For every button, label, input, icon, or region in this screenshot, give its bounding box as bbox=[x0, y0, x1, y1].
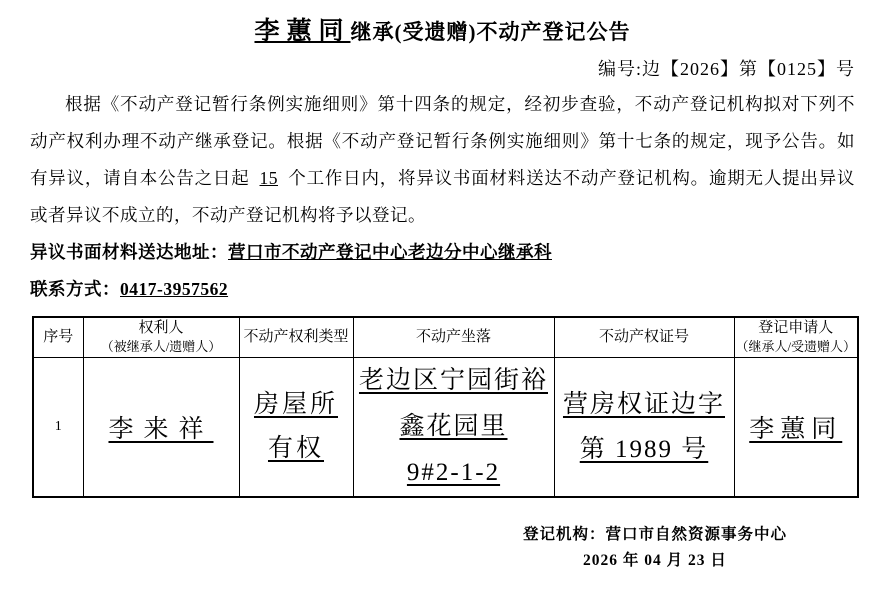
notice-paragraph: 根据《不动产登记暂行条例实施细则》第十四条的规定，经初步查验，不动产登记机构拟对… bbox=[30, 86, 855, 234]
row-owner: 李来祥 bbox=[83, 357, 239, 497]
row-location-line-2: 鑫花园里 bbox=[354, 404, 554, 450]
table-row: 1 李来祥 房屋所 有权 老边区宁园街裕 鑫花园里 9#2-1-2 营房权证边字… bbox=[33, 357, 858, 497]
header-right-type-label: 不动产权利类型 bbox=[240, 328, 353, 347]
row-cert-no: 营房权证边字 第 1989 号 bbox=[554, 357, 734, 497]
header-location: 不动产坐落 bbox=[353, 317, 554, 357]
row-location-line-3: 9#2-1-2 bbox=[354, 450, 554, 496]
header-applicant: 登记申请人 （继承人/受遗赠人） bbox=[734, 317, 858, 357]
address-line: 异议书面材料送达地址：营口市不动产登记中心老边分中心继承科 bbox=[30, 234, 855, 271]
footer-date: 2026 年 04 月 23 日 bbox=[445, 548, 865, 574]
row-seq: 1 bbox=[33, 357, 83, 497]
header-cert-no: 不动产权证号 bbox=[554, 317, 734, 357]
contact-label: 联系方式： bbox=[30, 279, 120, 299]
page-title: 李蕙同继承(受遗赠)不动产登记公告 bbox=[30, 14, 855, 50]
row-cert-no-line-2: 第 1989 号 bbox=[555, 427, 734, 472]
header-owner-label: 权利人 bbox=[84, 319, 239, 338]
header-seq-label: 序号 bbox=[34, 328, 83, 347]
registration-table: 序号 权利人 （被继承人/遗赠人） 不动产权利类型 不动产坐落 不动产权证号 登… bbox=[32, 316, 859, 498]
footer: 登记机构：营口市自然资源事务中心 2026 年 04 月 23 日 bbox=[445, 522, 865, 574]
address-label: 异议书面材料送达地址： bbox=[30, 242, 228, 262]
doc-number: 编号:边【2026】第【0125】号 bbox=[30, 56, 855, 82]
header-location-label: 不动产坐落 bbox=[354, 328, 554, 347]
header-seq: 序号 bbox=[33, 317, 83, 357]
row-location-line-1: 老边区宁园街裕 bbox=[354, 358, 554, 404]
notice-document: 李蕙同继承(受遗赠)不动产登记公告 编号:边【2026】第【0125】号 根据《… bbox=[0, 0, 876, 596]
row-cert-no-line-1: 营房权证边字 bbox=[555, 382, 734, 427]
row-right-type-line-1: 房屋所 bbox=[240, 383, 353, 427]
contact-line: 联系方式：0417-3957562 bbox=[30, 271, 855, 308]
contact-value: 0417-3957562 bbox=[120, 279, 228, 299]
row-applicant: 李蕙同 bbox=[734, 357, 858, 497]
header-right-type: 不动产权利类型 bbox=[239, 317, 353, 357]
header-cert-no-label: 不动产权证号 bbox=[555, 328, 734, 347]
footer-organization: 登记机构：营口市自然资源事务中心 bbox=[445, 522, 865, 548]
objection-days-value: 15 bbox=[252, 168, 287, 188]
header-applicant-label: 登记申请人 bbox=[735, 319, 858, 338]
table-header-row: 序号 权利人 （被继承人/遗赠人） 不动产权利类型 不动产坐落 不动产权证号 登… bbox=[33, 317, 858, 357]
header-applicant-sublabel: （继承人/受遗赠人） bbox=[735, 338, 858, 355]
title-heir-name: 李蕙同 bbox=[254, 18, 350, 45]
title-suffix: 继承(受遗赠)不动产登记公告 bbox=[351, 20, 631, 44]
header-owner-sublabel: （被继承人/遗赠人） bbox=[84, 338, 239, 355]
row-right-type-line-2: 有权 bbox=[240, 427, 353, 471]
row-right-type: 房屋所 有权 bbox=[239, 357, 353, 497]
header-owner: 权利人 （被继承人/遗赠人） bbox=[83, 317, 239, 357]
address-value: 营口市不动产登记中心老边分中心继承科 bbox=[228, 242, 552, 262]
row-location: 老边区宁园街裕 鑫花园里 9#2-1-2 bbox=[353, 357, 554, 497]
